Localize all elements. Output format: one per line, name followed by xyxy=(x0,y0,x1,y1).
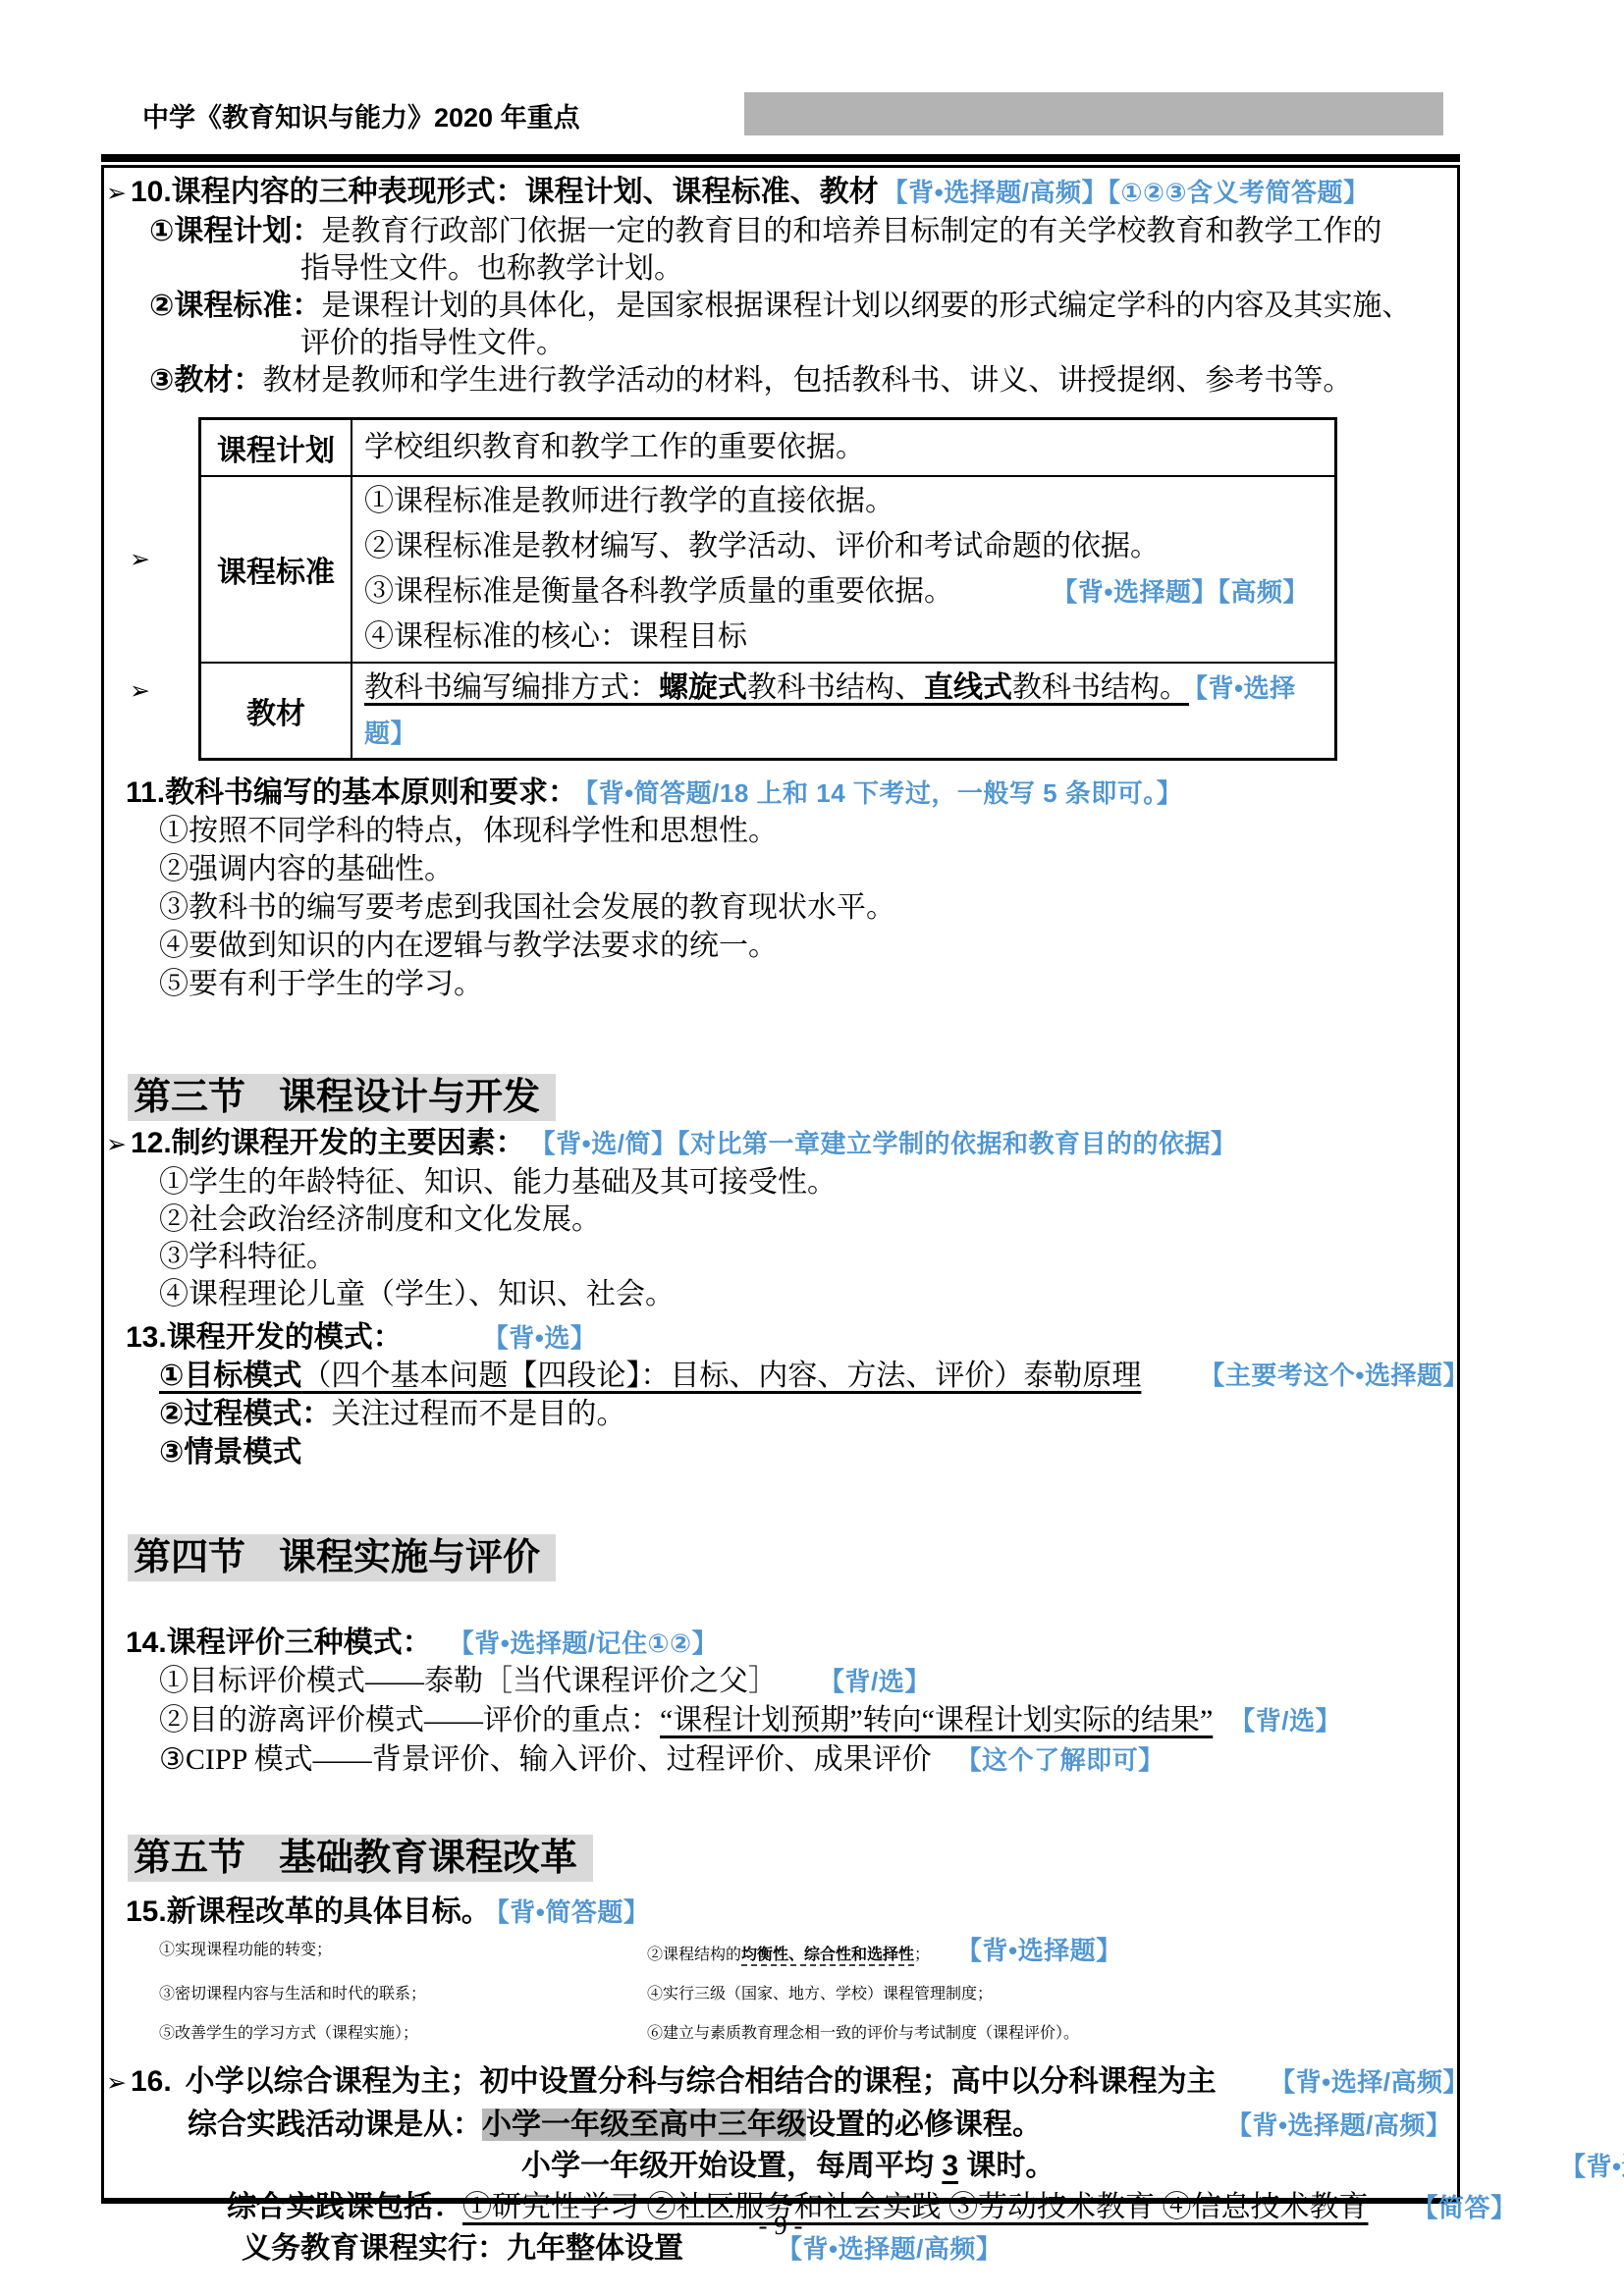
section-5-heading: 第五节基础教育课程改革 xyxy=(128,1835,1457,1882)
row-header: 课程计划 xyxy=(200,419,352,477)
item-13-sub3: ③情景模式 xyxy=(159,1433,1457,1471)
item-number: 11. xyxy=(126,776,165,809)
section-4-heading: 第四节课程实施与评价 xyxy=(128,1534,1457,1581)
list-item: ④课程理论儿童（学生）、知识、社会。 xyxy=(159,1276,1457,1313)
list-item: ①学生的年龄特征、知识、能力基础及其可接受性。 xyxy=(159,1164,1457,1201)
exam-tag: 【背•选】 xyxy=(496,1323,597,1353)
table-row: 课程计划 学校组织教育和教学工作的重要依据。 xyxy=(200,419,1336,477)
exam-tag: 【背•选择题/记住①②】 xyxy=(461,1629,718,1658)
list-item: ②强调内容的基础性。 xyxy=(159,850,1457,888)
mode-text: 关注过程而不是目的。 xyxy=(331,1398,625,1430)
goal-item: ⑥建立与素质教育理念相一致的评价与考试制度（课程评价）。 xyxy=(647,2014,1079,2054)
term-text: 教材是教师和学生进行教学活动的材料，包括教科书、讲义、讲授提纲、参考书等。 xyxy=(262,364,1352,397)
item-number: 15. xyxy=(126,1896,167,1928)
list-item: ③教科书的编写要考虑到我国社会发展的教育现状水平。 xyxy=(159,888,1457,927)
item-10-sub3-line1: ③教材：教材是教师和学生进行教学活动的材料，包括教科书、讲义、讲授提纲、参考书等… xyxy=(149,362,1457,400)
list-item: ⑤要有利于学生的学习。 xyxy=(159,965,1457,1003)
goal-item: ④实行三级（国家、地方、学校）课程管理制度； xyxy=(647,1975,993,2014)
item-13-sub2: ②过程模式：关注过程而不是目的。 xyxy=(159,1395,1457,1433)
item-title: 教科书编写的基本原则和要求： xyxy=(165,776,577,809)
list-item: ④要做到知识的内在逻辑与教学法要求的统一。 xyxy=(159,927,1457,965)
table-line: ③课程标准是衡量各科教学质量的重要依据。【背•选择题】【高频】 xyxy=(364,569,1323,614)
section-label: 第三节 xyxy=(134,1077,245,1118)
content-box-top-rule xyxy=(101,154,1460,162)
exam-tag: 【背•简答题/18 上和 14 下考过，一般写 5 条即可。】 xyxy=(585,778,1182,808)
key-statement: 小学以综合课程为主；初中设置分科与综合相结合的课程；高中以分科课程为主 xyxy=(186,2065,1217,2098)
item-title: 新课程改革的具体目标。 xyxy=(167,1896,491,1928)
exam-tag: 【背•选择题】【高频】 xyxy=(1052,569,1309,614)
mode-text: （四个基本问题【四段论】：目标、内容、方法、评价）泰勒原理 xyxy=(301,1360,1141,1392)
goal-text: ； xyxy=(914,1947,930,1963)
item-10-heading: ➢10.课程内容的三种表现形式：课程计划、课程标准、教材【背•选择题/高频】【①… xyxy=(106,174,1457,213)
exam-tag: 【背•简答题】 xyxy=(497,1897,650,1927)
exam-tag: 【背/选】 xyxy=(832,1667,931,1696)
list-item: ②社会政治经济制度和文化发展。 xyxy=(159,1201,1457,1239)
goal-item: ②课程结构的均衡性、综合性和选择性；【背•选择题】 xyxy=(647,1931,1122,1975)
exam-tag: 【背/选】 xyxy=(1242,1706,1341,1735)
phrase-part: 教科书结构、 xyxy=(747,671,924,704)
phrase-part: 教科书编写编排方式： xyxy=(364,671,659,704)
arrow-bullet-icon: ➢ xyxy=(130,545,150,574)
item-12-heading: ➢12.制约课程开发的主要因素：【背•选/简】【对比第一章建立学制的依据和教育目… xyxy=(106,1125,1457,1164)
item-number: 13. xyxy=(126,1321,167,1354)
item-title: 制约课程开发的主要因素： xyxy=(172,1127,525,1159)
list-item: ③学科特征。 xyxy=(159,1239,1457,1276)
item-13-sub1: ①目标模式（四个基本问题【四段论】：目标、内容、方法、评价）泰勒原理【主要考这个… xyxy=(159,1357,1457,1395)
exam-tag: 【背•选择题/高频】 xyxy=(1226,2105,1451,2146)
item-14-sub3: ③CIPP 模式——背景评价、输入评价、过程评价、成果评价【这个了解即可】 xyxy=(159,1740,1457,1780)
table-row: 课程标准 ①课程标准是教师进行教学的直接依据。 ②课程标准是教材编写、教学活动、… xyxy=(200,476,1336,663)
term-text: 指导性文件。也称教学计划。 xyxy=(300,252,683,285)
table-row: 教材 教科书编写编排方式：螺旋式教科书结构、直线式教科书结构。【背•选择题】 xyxy=(200,663,1336,760)
arrow-bullet-icon: ➢ xyxy=(130,676,150,706)
page-number: - 9 - xyxy=(101,2211,1460,2241)
statement-text: 设置的必修课程。 xyxy=(806,2109,1042,2141)
goal-item: ①实现课程功能的转变； xyxy=(159,1931,647,1975)
exam-tag: 【这个了解即可】 xyxy=(956,1745,1164,1775)
section-title: 课程设计与开发 xyxy=(279,1077,540,1118)
curriculum-table: 课程计划 学校组织教育和教学工作的重要依据。 课程标准 ①课程标准是教师进行教学… xyxy=(198,417,1337,761)
item-number: 16. xyxy=(131,2065,172,2098)
goal-text: ②课程结构的 xyxy=(647,1947,741,1963)
term-text: 是教育行政部门依据一定的教育目的和培养目标制定的有关学校教育和教学工作的 xyxy=(321,215,1381,247)
table-line: ④课程标准的核心：课程目标 xyxy=(364,614,1323,660)
mode-text: ②目的游离评价模式——评价的重点： xyxy=(159,1704,660,1736)
exam-tag: 【主要考这个•选择题】 xyxy=(1199,1357,1469,1395)
item-11-heading: 11.教科书编写的基本原则和要求：【背•简答题/18 上和 14 下考过，一般写… xyxy=(126,774,1457,812)
item-title: 课程评价三种模式： xyxy=(167,1627,432,1659)
item-number: 12. xyxy=(131,1127,172,1159)
doc-title: 中学《教育知识与能力》2020 年重点 xyxy=(142,96,580,134)
header-highlight-bar xyxy=(744,92,1443,135)
statement-text: 小学一年级开始设置，每周平均 xyxy=(521,2150,942,2182)
section-heading-highlight: 第四节课程实施与评价 xyxy=(128,1534,556,1581)
term-label: ③教材： xyxy=(149,364,262,397)
underlined-phrase: “课程计划预期”转向“课程计划实际的结果” xyxy=(660,1704,1213,1736)
underlined-phrase: ①目标模式（四个基本问题【四段论】：目标、内容、方法、评价）泰勒原理 xyxy=(159,1360,1141,1392)
section-label: 第五节 xyxy=(134,1838,245,1879)
table-line-text: ②课程标准是教材编写、教学活动、评价和考试命题的依据。 xyxy=(364,530,1160,562)
section-3-heading: 第三节课程设计与开发 xyxy=(128,1074,1457,1121)
mode-text: ①目标评价模式——泰勒［当代课程评价之父］ xyxy=(159,1665,778,1697)
underlined-phrase: 教科书编写编排方式：螺旋式教科书结构、直线式教科书结构。 xyxy=(364,671,1189,704)
item-number: 10. xyxy=(131,176,172,208)
exam-tag: 【背•选择/高频】 xyxy=(1270,2061,1469,2103)
section-heading-highlight: 第三节课程设计与开发 xyxy=(128,1074,556,1121)
item-number: 14. xyxy=(126,1627,167,1659)
item-15-heading: 15.新课程改革的具体目标。【背•简答题】 xyxy=(126,1894,1457,1931)
arrow-bullet-icon: ➢ xyxy=(106,181,127,207)
term-label: ②课程标准： xyxy=(149,290,321,322)
underlined-number: 3 xyxy=(942,2150,958,2182)
item-13-heading: 13.课程开发的模式：【背•选】 xyxy=(126,1319,1457,1357)
page: { "header": { "title": "中学《教育知识与能力》2020 … xyxy=(0,0,1624,2296)
row-header: 教材 xyxy=(200,663,352,760)
term-label: ①课程计划： xyxy=(149,215,321,247)
row-content: 教科书编写编排方式：螺旋式教科书结构、直线式教科书结构。【背•选择题】 xyxy=(352,663,1336,760)
goal-key-phrase: 均衡性、综合性和选择性 xyxy=(741,1947,914,1963)
row-content: ①课程标准是教师进行教学的直接依据。 ②课程标准是教材编写、教学活动、评价和考试… xyxy=(352,476,1336,663)
item-10-sub2-line1: ②课程标准：是课程计划的具体化，是国家根据课程计划以纲要的形式编定学科的内容及其… xyxy=(149,288,1457,325)
item-15-row3: ⑤改善学生的学习方式（课程实施）； ⑥建立与素质教育理念相一致的评价与考试制度（… xyxy=(159,2014,1457,2054)
table-line-text: ③课程标准是衡量各科教学质量的重要依据。 xyxy=(364,575,953,608)
item-15-row1: ①实现课程功能的转变； ②课程结构的均衡性、综合性和选择性；【背•选择题】 xyxy=(159,1931,1457,1975)
curriculum-table-wrap: ➢ ➢ 课程计划 学校组织教育和教学工作的重要依据。 课程标准 ①课程标准是教师… xyxy=(104,417,1457,761)
item-14-sub2: ②目的游离评价模式——评价的重点：“课程计划预期”转向“课程计划实际的结果”【背… xyxy=(159,1701,1457,1740)
item-10-sub2-line2: 评价的指导性文件。 xyxy=(300,325,1457,362)
content-box: ➢10.课程内容的三种表现形式：课程计划、课程标准、教材【背•选择题/高频】【①… xyxy=(101,165,1460,2204)
exam-tag: 【背•选择题/高频】【①②③含义考简答题】 xyxy=(883,178,1370,207)
phrase-part-bold: 直线式 xyxy=(924,671,1012,704)
list-item: ①按照不同学科的特点，体现科学性和思想性。 xyxy=(159,812,1457,850)
row-content: 学校组织教育和教学工作的重要依据。 xyxy=(352,419,1336,477)
exam-tag: 【背•选择题】 xyxy=(969,1936,1122,1965)
table-line: ②课程标准是教材编写、教学活动、评价和考试命题的依据。 xyxy=(364,524,1323,569)
section-title: 基础教育课程改革 xyxy=(279,1838,577,1879)
item-16-line1: ➢16.小学以综合课程为主；初中设置分科与综合相结合的课程；高中以分科课程为主【… xyxy=(106,2061,1457,2105)
mode-label: ②过程模式： xyxy=(159,1398,331,1430)
row-header: 课程标准 xyxy=(200,476,352,663)
section-heading-highlight: 第五节基础教育课程改革 xyxy=(128,1835,593,1882)
exam-tag: 【背•选/简】【对比第一章建立学制的依据和教育目的的依据】 xyxy=(543,1129,1237,1158)
item-title: 课程内容的三种表现形式：课程计划、课程标准、教材 xyxy=(172,176,879,208)
statement-label: 综合实践活动课是从： xyxy=(188,2109,482,2141)
item-10-sub1-line1: ①课程计划：是教育行政部门依据一定的教育目的和培养目标制定的有关学校教育和教学工… xyxy=(149,213,1457,250)
item-16-line2: 综合实践活动课是从：小学一年级至高中三年级设置的必修课程。【背•选择题/高频】 xyxy=(188,2105,1457,2146)
item-15-row2: ③密切课程内容与生活和时代的联系； ④实行三级（国家、地方、学校）课程管理制度； xyxy=(159,1975,1457,2014)
mode-label: ③情景模式 xyxy=(159,1436,301,1468)
section-title: 课程实施与评价 xyxy=(279,1537,540,1578)
term-text: 评价的指导性文件。 xyxy=(300,327,566,359)
highlighted-phrase: 小学一年级至高中三年级 xyxy=(482,2109,806,2141)
mode-text: ③CIPP 模式——背景评价、输入评价、过程评价、成果评价 xyxy=(159,1743,932,1776)
mode-label: ①目标模式 xyxy=(159,1360,301,1392)
goal-item: ③密切课程内容与生活和时代的联系； xyxy=(159,1975,647,2014)
item-14-sub1: ①目标评价模式——泰勒［当代课程评价之父］【背/选】 xyxy=(159,1662,1457,1701)
phrase-part-bold: 螺旋式 xyxy=(659,671,747,704)
phrase-part: 教科书结构。 xyxy=(1012,671,1189,704)
arrow-bullet-icon: ➢ xyxy=(106,1132,127,1158)
table-line: ①课程标准是教师进行教学的直接依据。 xyxy=(364,479,1323,524)
statement-text: 课时。 xyxy=(958,2150,1055,2182)
goal-item: ⑤改善学生的学习方式（课程实施）； xyxy=(159,2014,647,2054)
term-text: 是课程计划的具体化，是国家根据课程计划以纲要的形式编定学科的内容及其实施、 xyxy=(321,290,1411,322)
item-10-sub1-line2: 指导性文件。也称教学计划。 xyxy=(300,250,1457,288)
item-title: 课程开发的模式： xyxy=(167,1321,403,1354)
item-14-heading: 14.课程评价三种模式：【背•选择题/记住①②】 xyxy=(126,1625,1457,1662)
item-16-line3: 小学一年级开始设置，每周平均 3 课时。【背•选择题/高频】 xyxy=(521,2146,1457,2187)
section-label: 第四节 xyxy=(134,1537,245,1578)
arrow-bullet-icon: ➢ xyxy=(106,2070,127,2097)
exam-tag: 【背•选择题/高频】 xyxy=(1560,2146,1624,2187)
